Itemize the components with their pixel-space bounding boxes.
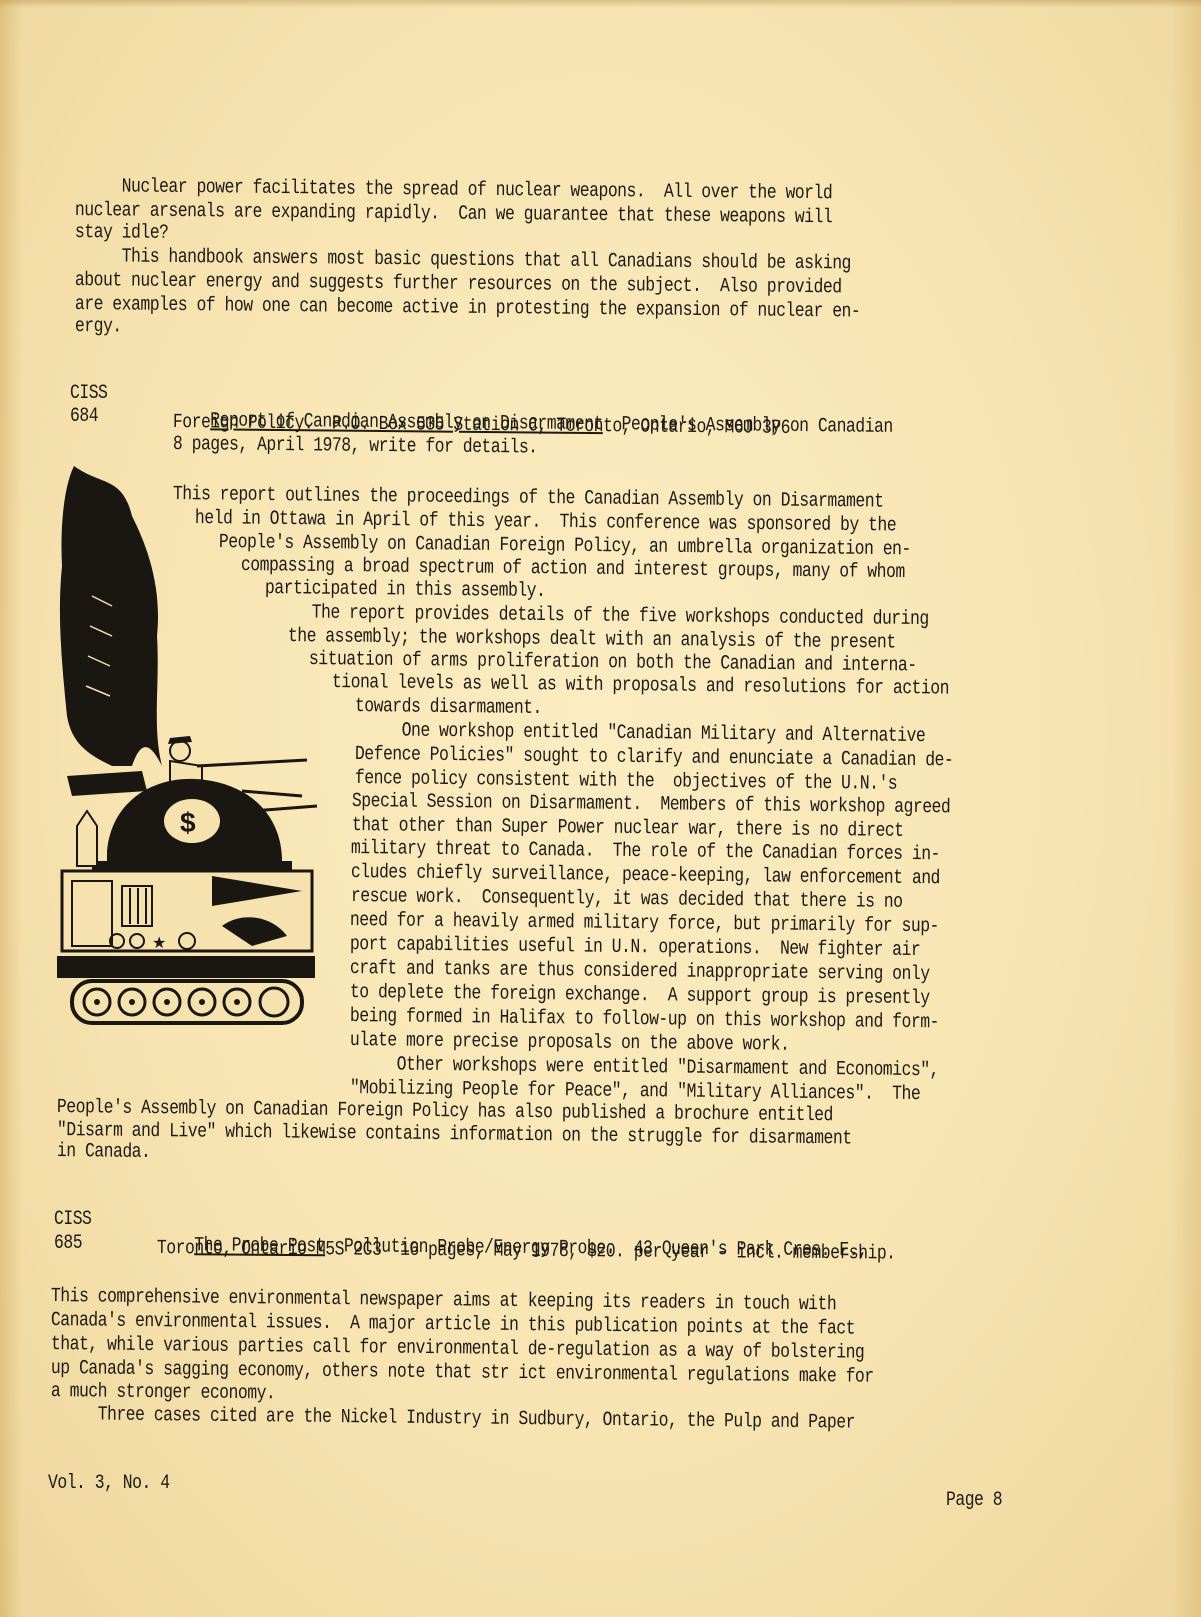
entry-code: CISS bbox=[54, 1209, 91, 1231]
entry-header-line: 8 pages, April 1978, write for details. bbox=[173, 434, 538, 459]
page-number: Page 8 bbox=[946, 1490, 1002, 1512]
intro-line: are examples of how one can become activ… bbox=[75, 294, 860, 324]
body-line: participated in this assembly. bbox=[265, 578, 546, 603]
volume-number: Vol. 3, No. 4 bbox=[48, 1473, 170, 1495]
body-line: towards disarmament. bbox=[355, 696, 542, 720]
entry-code: 685 bbox=[54, 1233, 82, 1255]
svg-text:$: $ bbox=[180, 807, 196, 838]
body-line: in Canada. bbox=[57, 1141, 151, 1164]
intro-line: nuclear arsenals are expanding rapidly. … bbox=[75, 200, 832, 229]
body-line: a much stronger economy. bbox=[51, 1381, 276, 1405]
intro-line: ergy. bbox=[75, 316, 122, 338]
body-line: ulate more precise proposals on the abov… bbox=[350, 1030, 790, 1057]
svg-text:★: ★ bbox=[152, 933, 166, 952]
entry-code: CISS bbox=[70, 383, 107, 405]
entry-code: 684 bbox=[70, 406, 98, 428]
body-line: Three cases cited are the Nickel Industr… bbox=[51, 1404, 855, 1435]
intro-line: stay idle? bbox=[75, 222, 169, 245]
